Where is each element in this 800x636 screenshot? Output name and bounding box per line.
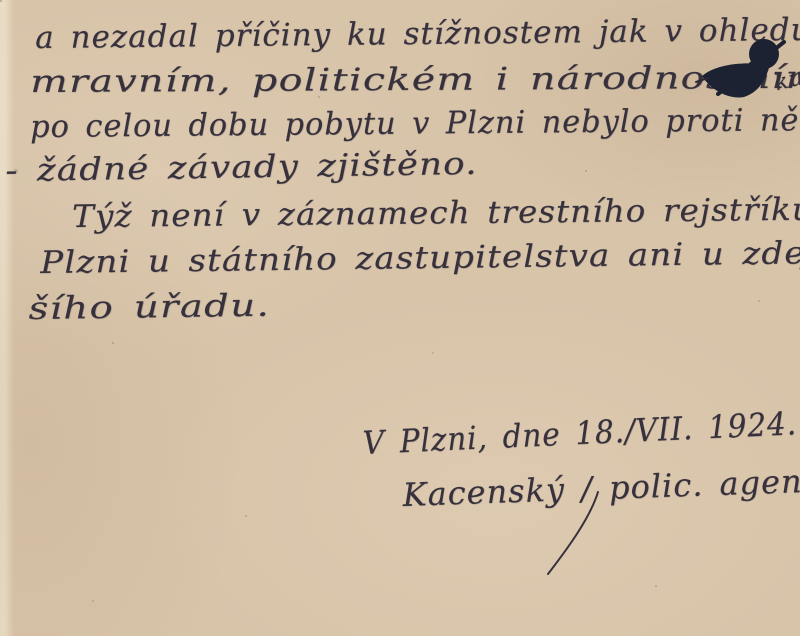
body-line-4: - žádné závady zjištěno. (5, 146, 478, 189)
body-line-2: mravním, politickém i národnostním (30, 60, 800, 100)
handwritten-document-page: a nezadal příčiny ku stížnostem jak v oh… (0, 0, 800, 636)
body-line-6: Plzni u státního zastupitelstva ani u zd… (40, 235, 800, 281)
body-line-7: šího úřadu. (28, 288, 270, 327)
body-line-5: Týž není v záznamech trestního rejstříku… (72, 191, 800, 235)
signature-flourish-stroke (520, 490, 630, 580)
paper-specks (0, 0, 2, 2)
body-line-1: a nezadal příčiny ku stížnostem jak v oh… (35, 12, 800, 56)
body-line-3: po celou dobu pobytu v Plzni nebylo prot… (30, 102, 800, 145)
dateline: V Plzni, dne 18./VII. 1924. (362, 404, 798, 462)
